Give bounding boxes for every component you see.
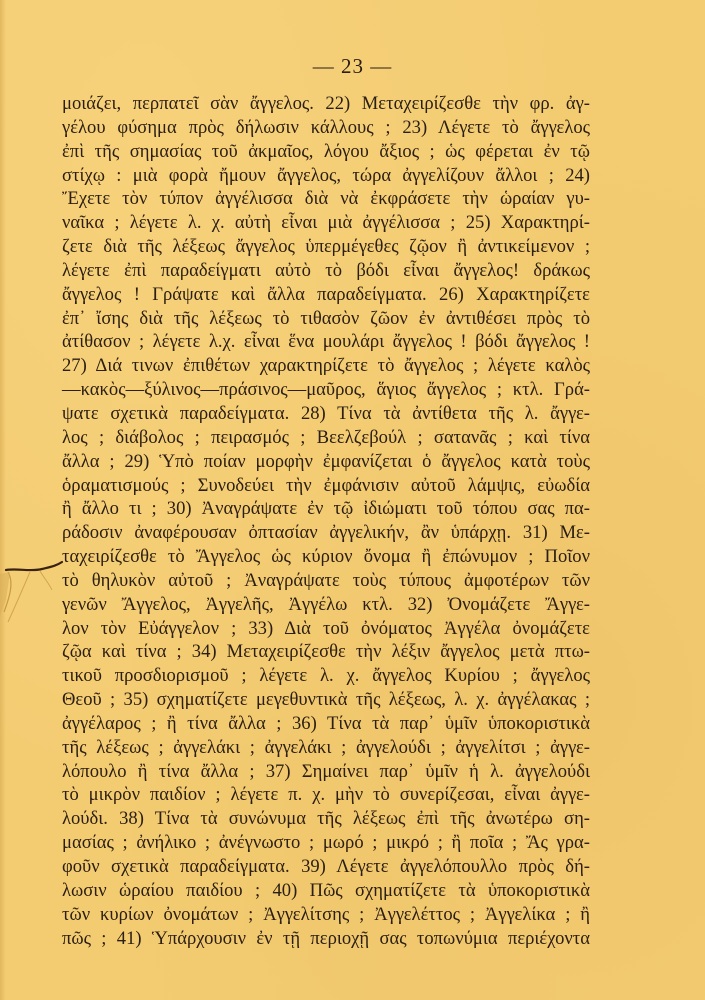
text-line: γενῶν Ἄγγελος, Ἀγγελῆς, Ἀγγέλω κτλ. 32) … [62,593,590,617]
text-line: ἀγγέλαρος ; ἢ τίνα ἄλλα ; 36) Τίνα τὰ πα… [62,712,590,736]
paper-tear-mark [0,560,70,630]
page-number: — 23 — [0,54,705,79]
text-line: μασίας ; ἀνήλικο ; ἀνέγνωστο ; μωρό ; μι… [62,831,590,855]
text-line: στίχῳ : μιὰ φορὰ ἤμουν ἄγγελος, τώρα ἀγγ… [62,164,590,188]
text-line: τῆς λέξεως ; ἀγγελάκι ; ἀγγελάκι ; ἀγγελ… [62,736,590,760]
text-line: ἄλλα ; 29) Ὑπὸ ποίαν μορφὴν ἐμφανίζεται … [62,450,590,474]
text-line: —κακὸς—ξύλινος—πράσινος—μαῦρος, ἅγιος ἄγ… [62,378,590,402]
text-line: ἐπ᾽ ἴσης διὰ τῆς λέξεως τὸ τιθασὸν ζῶον … [62,307,590,331]
body-text: μοιάζει, περπατεῖ σὰν ἄγγελος. 22) Μεταχ… [62,92,590,950]
text-line: τῶν κυρίων ὀνομάτων ; Ἀγγελίτσης ; Ἀγγελ… [62,903,590,927]
text-line: λέγετε ἐπὶ παραδείγματι αὐτὸ τὸ βόδι εἶν… [62,259,590,283]
text-line: πῶς ; 41) Ὑπάρχουσιν ἐν τῇ περιοχῇ σας τ… [62,927,590,951]
text-line: ράδοσιν ἀναφέρουσαν ὀπτασίαν ἀγγελικήν, … [62,521,590,545]
text-line: ταχειρίζεσθε τὸ Ἄγγελος ὡς κύριον ὄνομα … [62,545,590,569]
text-line: γέλου φύσημα πρὸς δήλωσιν κάλλους ; 23) … [62,116,590,140]
text-line: ἢ ἄλλο τι ; 30) Ἀναγράψατε ἐν τῷ ἰδιώματ… [62,497,590,521]
text-line: λωσιν ὡραίου παιδίου ; 40) Πῶς σχηματίζε… [62,879,590,903]
text-line: ζῷα καὶ τίνα ; 34) Μεταχειρίζεσθε τὴν λέ… [62,640,590,664]
text-line: τικοῦ προσδιορισμοῦ ; λέγετε λ. χ. ἄγγελ… [62,664,590,688]
text-line: 27) Διά τινων ἐπιθέτων χαρακτηρίζετε τὸ … [62,354,590,378]
text-line: ζετε διὰ τῆς λέξεως ἄγγελος ὑπερμέγεθες … [62,235,590,259]
text-line: τὸ μικρὸν παιδίον ; λέγετε π. χ. μὴν τὸ … [62,783,590,807]
text-line: ὁραματισμούς ; Συνοδεύει τὴν ἐμφάνισιν α… [62,474,590,498]
text-line: τὸ θηλυκὸν αὐτοῦ ; Ἀναγράψατε τοὺς τύπου… [62,569,590,593]
document-page: — 23 — μοιάζει, περπατεῖ σὰν ἄγγελος. 22… [0,0,705,1000]
text-line: μοιάζει, περπατεῖ σὰν ἄγγελος. 22) Μεταχ… [62,92,590,116]
text-line: λον τὸν Εὐάγγελον ; 33) Διὰ τοῦ ὀνόματος… [62,617,590,641]
page-left-edge [0,0,6,1000]
text-line: φοῦν σχετικὰ παραδείγματα. 39) Λέγετε ἀγ… [62,855,590,879]
text-line: Θεοῦ ; 35) σχηματίζετε μεγεθυντικὰ τῆς λ… [62,688,590,712]
text-line: λος ; διάβολος ; πειρασμός ; Βεελζεβούλ … [62,426,590,450]
text-line: ἐπὶ τῆς σημασίας τοῦ ἀκμαῖος, λόγου ἄξιο… [62,140,590,164]
text-line: Ἔχετε τὸν τύπον ἀγγέλισσα διὰ νὰ ἐκφράσε… [62,187,590,211]
text-line: λούδι. 38) Τίνα τὰ συνώνυμα τῆς λέξεως ἐ… [62,807,590,831]
text-line: ἀτίθασον ; λέγετε λ.χ. εἶναι ἕνα μουλάρι… [62,330,590,354]
text-line: ναῖκα ; λέγετε λ. χ. αὐτὴ εἶναι μιὰ ἀγγέ… [62,211,590,235]
text-line: λόπουλο ἢ τίνα ἄλλα ; 37) Σημαίνει παρ᾽ … [62,760,590,784]
text-line: ἄγγελος ! Γράψατε καὶ ἄλλα παραδείγματα.… [62,283,590,307]
text-line: ψατε σχετικὰ παραδείγματα. 28) Τίνα τὰ ἀ… [62,402,590,426]
